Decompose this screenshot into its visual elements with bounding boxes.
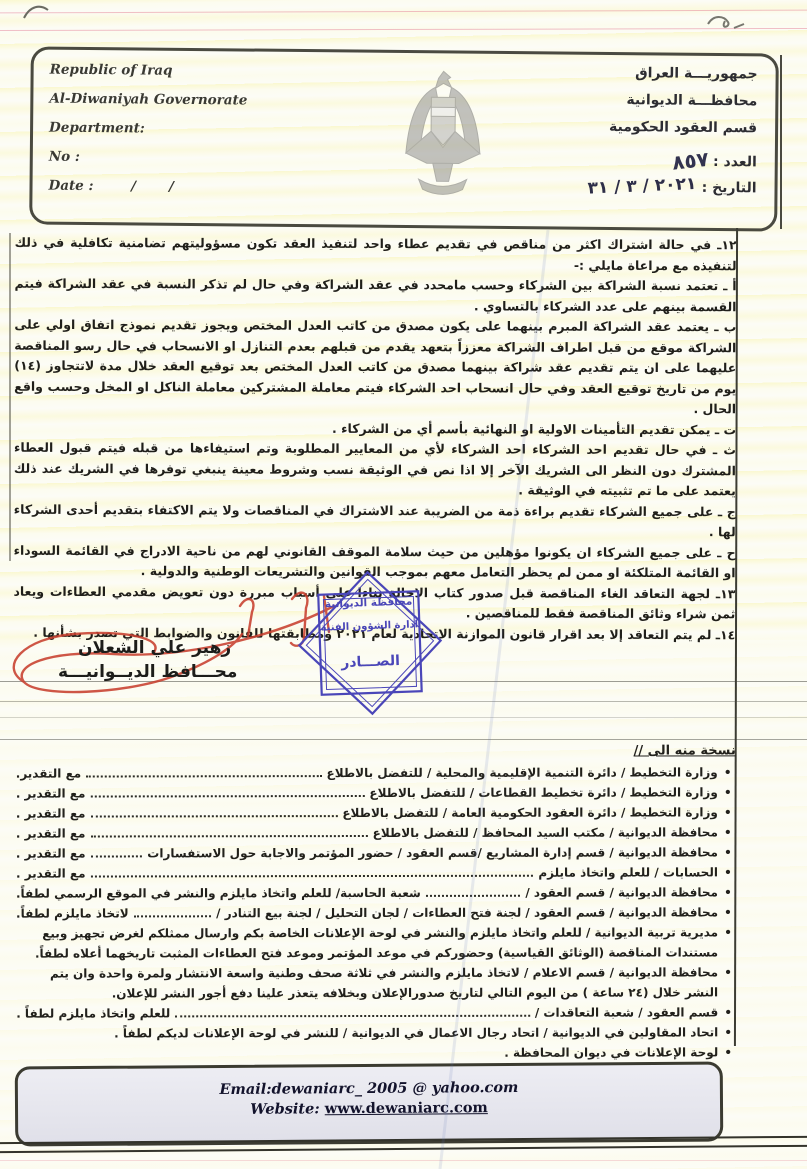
bullet-icon: • (718, 902, 738, 922)
email-label: Email: (219, 1081, 271, 1098)
bullet-icon: • (718, 802, 738, 822)
list-item: •مديرية تربية الديوانية / للعلم واتخاذ م… (16, 922, 738, 963)
item-text: محافظة الديوانية / قسم الاعلام / لاتخاذ … (50, 965, 718, 1000)
letterhead-box: Republic of Iraq Al-Diwaniyah Governorat… (29, 46, 779, 231)
scan-hline (0, 717, 807, 718)
item-text: لوحة الإعلانات في ديوان المحافظة . (504, 1045, 718, 1059)
item-tail: مع التقدير . (16, 824, 86, 844)
country-name-ar: جمهوريـــة العراق (589, 65, 758, 83)
list-item: •وزارة التخطيط / دائرة تخطيط القطاعات / … (16, 782, 738, 803)
scan-pink-line (0, 28, 807, 31)
bullet-icon: • (718, 762, 738, 782)
clause-12-th: ث ـ في حال تقديم احد الشركاء احد الشركاء… (14, 438, 736, 502)
item-text: وزارة التخطيط / دائرة التنمية الإقليمية … (327, 762, 718, 783)
corner-scribble-icon (18, 0, 58, 22)
clause-12-j: ج ـ على جميع الشركاء تقديم براءة ذمة من … (14, 499, 736, 543)
dotted-leader (91, 855, 143, 857)
item-tail: لاتخاذ مايلزم لطفاً. (16, 903, 129, 923)
number-label-en: No : (49, 149, 247, 167)
bullet-icon: • (718, 1042, 738, 1062)
bullet-icon: • (718, 782, 738, 802)
item-text: قسم العقود / شعبة التعاقدات / (535, 1002, 718, 1022)
date-label-en: Date : / / (48, 178, 246, 196)
clause-12: ١٢ـ في حالة اشتراك اكثر من مناقص في تقدي… (15, 233, 737, 277)
document-number-line: العدد : ٨٥٧ (588, 146, 757, 172)
website-label: Website: (250, 1100, 320, 1117)
dotted-leader (90, 835, 367, 837)
outgoing-stamp: محافظة الديوانية ادارة الشؤون الفنية الص… (282, 567, 457, 721)
scan-vertical-edge (780, 55, 782, 229)
list-item: •وزارة التخطيط / دائرة التنمية الإقليمية… (16, 762, 738, 783)
letterhead-english: Republic of Iraq Al-Diwaniyah Governorat… (48, 62, 247, 209)
dotted-leader (90, 815, 337, 817)
bullet-icon: • (718, 962, 738, 982)
signer-name: زهير علي الشعلان (78, 638, 231, 658)
signer-title: محـــافظ الديــوانيـــة (58, 662, 237, 682)
dotted-leader (86, 775, 321, 777)
list-item: •اتحاد المقاولين في الديوانية / اتحاد رج… (16, 1022, 738, 1043)
scanned-document-page: Republic of Iraq Al-Diwaniyah Governorat… (0, 0, 807, 1169)
bullet-icon: • (718, 822, 738, 842)
item-text: الحسابات / للعلم واتخاذ مايلزم (538, 862, 718, 882)
list-item: •لوحة الإعلانات في ديوان المحافظة . (16, 1042, 738, 1063)
scan-hline (0, 739, 807, 740)
number-label-ar: العدد : (713, 154, 757, 170)
item-text: محافظة الديوانية / قسم إدارة المشاريع /ق… (147, 842, 718, 863)
item-text: محافظة الديوانية / مكتب السيد المحافظ / … (373, 822, 718, 843)
dotted-leader (426, 895, 521, 897)
item-text: وزارة التخطيط / دائرة العقود الحكومية ال… (342, 802, 718, 823)
governorate-name-ar: محافظـــة الديوانية (589, 92, 758, 110)
governorate-name-en: Al-Diwaniyah Governorate (49, 91, 247, 109)
list-item: •محافظة الديوانية / قسم الاعلام / لاتخاذ… (16, 962, 738, 1003)
item-tail: مع التقدير . (16, 864, 86, 884)
dotted-leader (90, 795, 364, 797)
item-tail: شعبة الحاسبة/ للعلم واتخاذ مايلزم والنشر… (16, 883, 421, 904)
item-text: اتحاد المقاولين في الديوانية / اتحاد رجا… (114, 1025, 718, 1040)
bullet-icon: • (718, 862, 738, 882)
distribution-section: نسخة منه الى // •وزارة التخطيط / دائرة ا… (16, 743, 739, 1063)
document-date-value: ٢٠٢١ / ٣ / ٣١ (588, 174, 698, 199)
clause-12-b: ب ـ يعتمد عقد الشراكة المبرم بينهما على … (14, 315, 736, 420)
list-item: •محافظة الديوانية / قسم العقود /شعبة الح… (16, 882, 738, 903)
item-text: محافظة الديوانية / قسم العقود / (525, 882, 718, 902)
letterhead-arabic: جمهوريـــة العراق محافظـــة الديوانية قس… (588, 65, 758, 204)
list-item: •محافظة الديوانية / مكتب السيد المحافظ /… (16, 822, 738, 843)
scan-pink-line (0, 10, 807, 14)
document-number-value: ٨٥٧ (671, 147, 710, 175)
list-item: •قسم العقود / شعبة التعاقدات /للعلم واتخ… (16, 1002, 738, 1023)
item-tail: مع التقدير . (16, 844, 86, 864)
department-label-en: Department: (49, 120, 247, 138)
clause-12-a: أ ـ تعتمد نسبة الشراكة بين الشركاء وحسب … (14, 274, 736, 318)
department-name-ar: قسم العقود الحكومية (589, 119, 758, 137)
dotted-leader (91, 875, 534, 878)
item-tail: مع التقدير. (16, 764, 81, 784)
contact-footer-box: Email:dewaniarc_ 2005 @ yahoo.com Websit… (15, 1062, 724, 1147)
date-label-ar: التاريخ : (702, 180, 757, 197)
email-value: dewaniarc_ 2005 @ yahoo.com (272, 1079, 519, 1098)
item-tail: مع التقدير . (16, 784, 86, 804)
dotted-leader (134, 915, 212, 917)
scan-vertical-rule-left (9, 233, 11, 561)
bullet-icon: • (718, 922, 738, 942)
bullet-icon: • (718, 842, 738, 862)
list-item: •الحسابات / للعلم واتخاذ مايلزممع التقدي… (16, 862, 738, 883)
bullet-icon: • (718, 1002, 738, 1022)
item-text: وزارة التخطيط / دائرة تخطيط القطاعات / ل… (369, 782, 717, 803)
website-line: Website: www.dewaniarc.com (18, 1098, 720, 1120)
document-date-line: التاريخ : ٢٠٢١ / ٣ / ٣١ (588, 176, 757, 198)
scan-pink-line (0, 1160, 807, 1161)
clause-12-t: ت ـ يمكن تقديم التأمينات الاولية او النه… (14, 417, 736, 440)
bullet-icon: • (718, 1022, 738, 1042)
list-item: •محافظة الديوانية / قسم العقود / لجنة فت… (16, 902, 738, 923)
distribution-header: نسخة منه الى // (634, 743, 736, 758)
list-item: •وزارة التخطيط / دائرة العقود الحكومية ا… (16, 802, 738, 823)
website-value: www.dewaniarc.com (325, 1099, 488, 1117)
email-line: Email:dewaniarc_ 2005 @ yahoo.com (18, 1078, 720, 1100)
distribution-list: •وزارة التخطيط / دائرة التنمية الإقليمية… (16, 762, 739, 1063)
list-item: •محافظة الديوانية / قسم إدارة المشاريع /… (16, 842, 738, 863)
bullet-icon: • (718, 882, 738, 902)
item-tail: مع التقدير . (16, 804, 86, 824)
item-text: مديرية تربية الديوانية / للعلم واتخاذ ما… (35, 925, 718, 960)
item-tail: للعلم واتخاذ مايلزم لطفاً . (16, 1003, 170, 1023)
dotted-leader (175, 1015, 530, 1018)
iraq-eagle-emblem-icon (400, 67, 485, 206)
item-text: محافظة الديوانية / قسم العقود / لجنة فتح… (216, 902, 718, 923)
country-name-en: Republic of Iraq (50, 62, 248, 80)
stamp-star-icon (282, 567, 457, 721)
